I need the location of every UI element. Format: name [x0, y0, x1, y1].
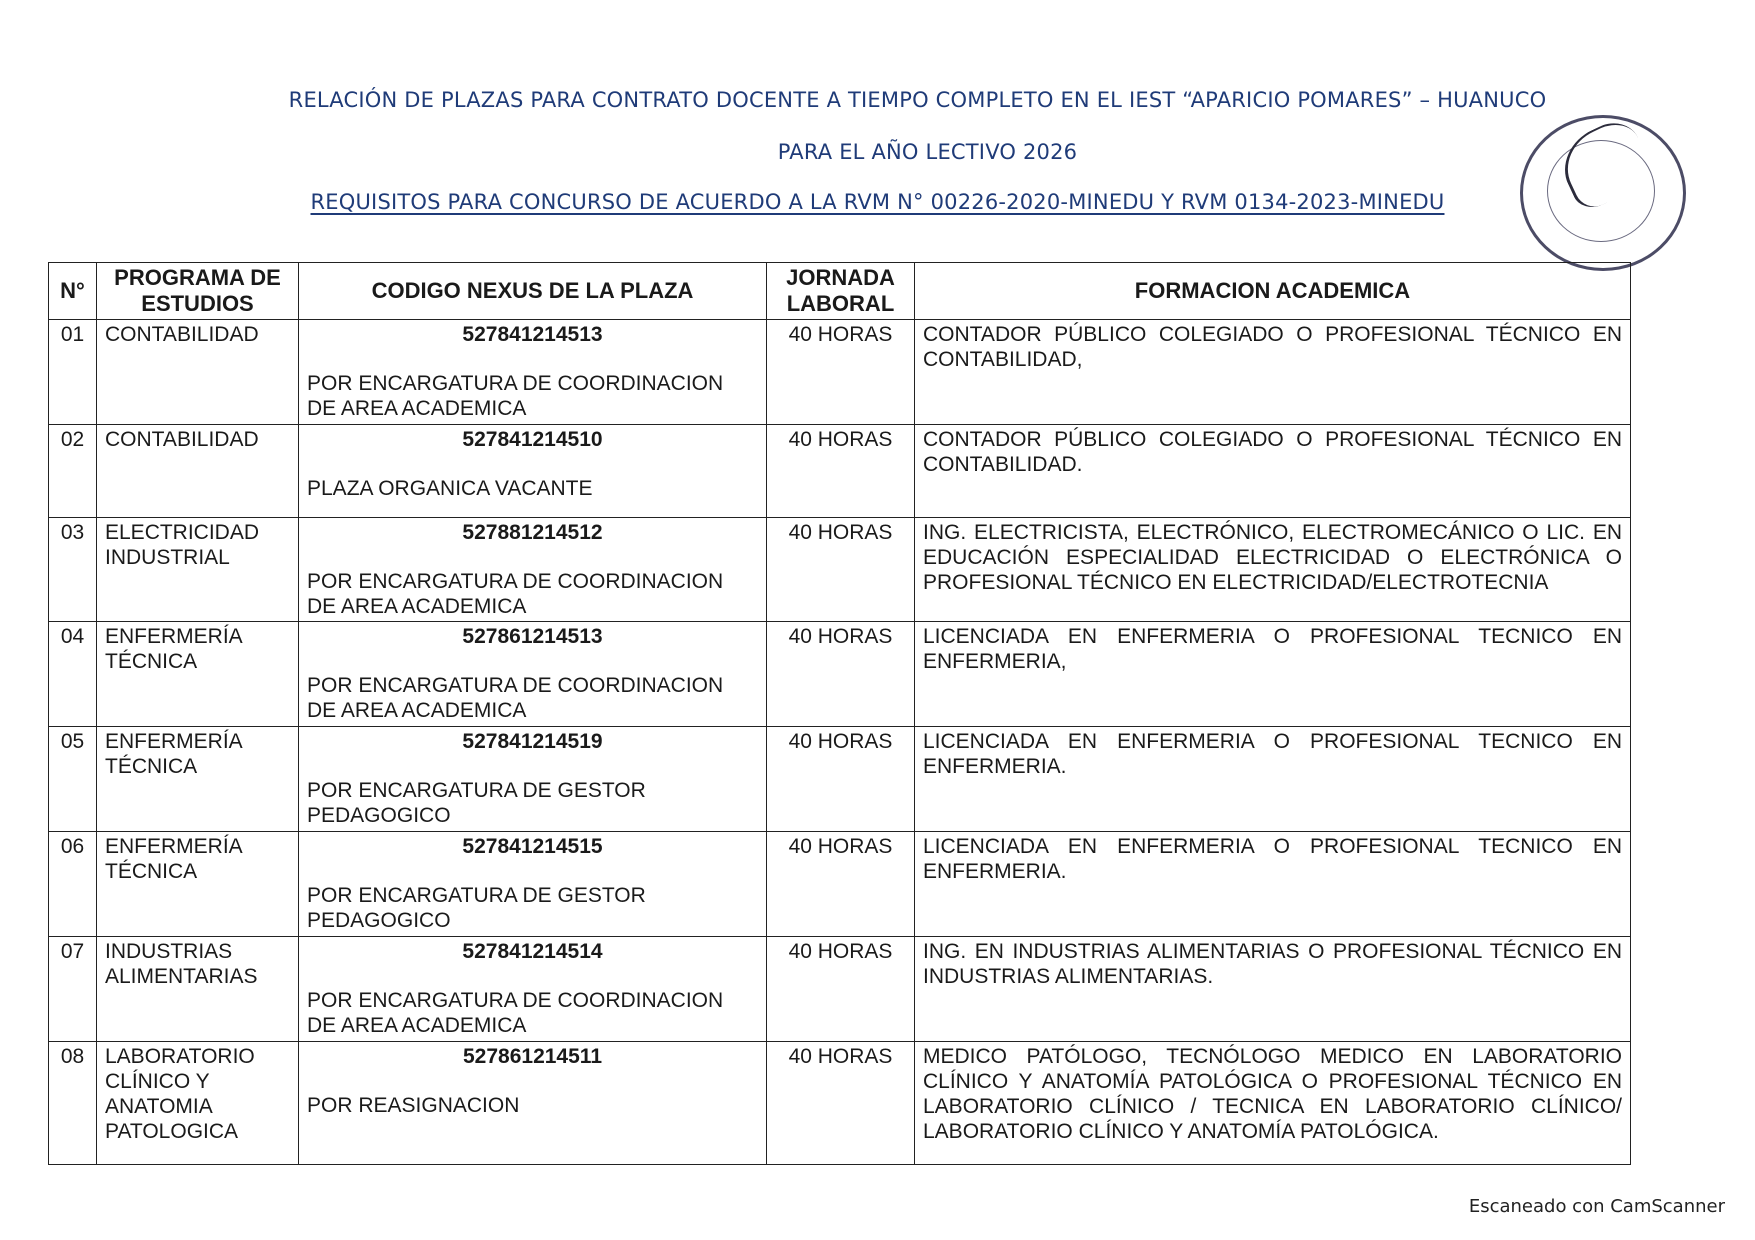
vacancy-reason: POR ENCARGATURA DE GESTOR PEDAGOGICO [307, 883, 758, 933]
row-number: 01 [49, 320, 97, 425]
nexus-code-cell: 527841214514POR ENCARGATURA DE COORDINAC… [299, 937, 767, 1042]
nexus-code: 527881214512 [307, 520, 758, 545]
nexus-code: 527861214513 [307, 624, 758, 649]
nexus-code-cell: 527841214513POR ENCARGATURA DE COORDINAC… [299, 320, 767, 425]
nexus-code: 527841214519 [307, 729, 758, 754]
vacancy-reason: POR REASIGNACION [307, 1093, 758, 1118]
nexus-code-cell: 527881214512POR ENCARGATURA DE COORDINAC… [299, 518, 767, 622]
academic-training: LICENCIADA EN ENFERMERIA O PROFESIONAL T… [915, 622, 1631, 727]
table-row: 03ELECTRICIDAD INDUSTRIAL527881214512POR… [49, 518, 1631, 622]
study-program: LABORATORIO CLÍNICO Y ANATOMIA PATOLOGIC… [97, 1042, 299, 1165]
row-number: 03 [49, 518, 97, 622]
requirements-text: REQUISITOS PARA CONCURSO DE ACUERDO A LA… [311, 190, 1445, 214]
row-number: 05 [49, 727, 97, 832]
vacancy-table: N° PROGRAMA DE ESTUDIOS CODIGO NEXUS DE … [48, 262, 1631, 1165]
work-hours: 40 HORAS [767, 518, 915, 622]
work-hours: 40 HORAS [767, 937, 915, 1042]
academic-training: ING. EN INDUSTRIAS ALIMENTARIAS O PROFES… [915, 937, 1631, 1042]
academic-training: LICENCIADA EN ENFERMERIA O PROFESIONAL T… [915, 832, 1631, 937]
academic-training: CONTADOR PÚBLICO COLEGIADO O PROFESIONAL… [915, 425, 1631, 518]
row-number: 02 [49, 425, 97, 518]
academic-training: LICENCIADA EN ENFERMERIA O PROFESIONAL T… [915, 727, 1631, 832]
work-hours: 40 HORAS [767, 727, 915, 832]
table-row: 04ENFERMERÍA TÉCNICA527861214513POR ENCA… [49, 622, 1631, 727]
vacancy-reason: PLAZA ORGANICA VACANTE [307, 476, 758, 501]
nexus-code-cell: 527861214513POR ENCARGATURA DE COORDINAC… [299, 622, 767, 727]
work-hours: 40 HORAS [767, 425, 915, 518]
table-row: 08LABORATORIO CLÍNICO Y ANATOMIA PATOLOG… [49, 1042, 1631, 1165]
row-number: 07 [49, 937, 97, 1042]
nexus-code-cell: 527841214519POR ENCARGATURA DE GESTOR PE… [299, 727, 767, 832]
vacancy-reason: POR ENCARGATURA DE COORDINACION DE AREA … [307, 988, 758, 1038]
work-hours: 40 HORAS [767, 320, 915, 425]
table-row: 01CONTABILIDAD527841214513POR ENCARGATUR… [49, 320, 1631, 425]
study-program: ENFERMERÍA TÉCNICA [97, 727, 299, 832]
study-program: CONTABILIDAD [97, 320, 299, 425]
nexus-code-cell: 527861214511POR REASIGNACION [299, 1042, 767, 1165]
official-seal-icon [1520, 115, 1686, 271]
table-row: 06ENFERMERÍA TÉCNICA527841214515POR ENCA… [49, 832, 1631, 937]
col-header-number: N° [49, 263, 97, 320]
nexus-code-cell: 527841214515POR ENCARGATURA DE GESTOR PE… [299, 832, 767, 937]
col-header-training: FORMACION ACADEMICA [915, 263, 1631, 320]
academic-training: MEDICO PATÓLOGO, TECNÓLOGO MEDICO EN LAB… [915, 1042, 1631, 1165]
nexus-code: 527841214513 [307, 322, 758, 347]
study-program: ELECTRICIDAD INDUSTRIAL [97, 518, 299, 622]
col-header-program: PROGRAMA DE ESTUDIOS [97, 263, 299, 320]
study-program: ENFERMERÍA TÉCNICA [97, 622, 299, 727]
nexus-code: 527841214515 [307, 834, 758, 859]
row-number: 06 [49, 832, 97, 937]
row-number: 08 [49, 1042, 97, 1165]
study-program: ENFERMERÍA TÉCNICA [97, 832, 299, 937]
table-row: 05ENFERMERÍA TÉCNICA527841214519POR ENCA… [49, 727, 1631, 832]
nexus-code: 527841214514 [307, 939, 758, 964]
camscanner-watermark: Escaneado con CamScanner [1469, 1196, 1725, 1217]
table-header-row: N° PROGRAMA DE ESTUDIOS CODIGO NEXUS DE … [49, 263, 1631, 320]
document-subtitle: PARA EL AÑO LECTIVO 2026 [50, 140, 1755, 164]
study-program: CONTABILIDAD [97, 425, 299, 518]
col-header-code: CODIGO NEXUS DE LA PLAZA [299, 263, 767, 320]
work-hours: 40 HORAS [767, 1042, 915, 1165]
nexus-code: 527861214511 [307, 1044, 758, 1069]
vacancy-reason: POR ENCARGATURA DE GESTOR PEDAGOGICO [307, 778, 758, 828]
vacancy-reason: POR ENCARGATURA DE COORDINACION DE AREA … [307, 371, 758, 421]
work-hours: 40 HORAS [767, 622, 915, 727]
row-number: 04 [49, 622, 97, 727]
table-row: 07INDUSTRIAS ALIMENTARIAS527841214514POR… [49, 937, 1631, 1042]
table-row: 02CONTABILIDAD527841214510PLAZA ORGANICA… [49, 425, 1631, 518]
work-hours: 40 HORAS [767, 832, 915, 937]
nexus-code-cell: 527841214510PLAZA ORGANICA VACANTE [299, 425, 767, 518]
requirements-heading: REQUISITOS PARA CONCURSO DE ACUERDO A LA… [0, 190, 1755, 214]
vacancy-reason: POR ENCARGATURA DE COORDINACION DE AREA … [307, 673, 758, 723]
academic-training: ING. ELECTRICISTA, ELECTRÓNICO, ELECTROM… [915, 518, 1631, 622]
document-title: RELACIÓN DE PLAZAS PARA CONTRATO DOCENTE… [40, 88, 1755, 112]
study-program: INDUSTRIAS ALIMENTARIAS [97, 937, 299, 1042]
academic-training: CONTADOR PÚBLICO COLEGIADO O PROFESIONAL… [915, 320, 1631, 425]
vacancy-reason: POR ENCARGATURA DE COORDINACION DE AREA … [307, 569, 758, 619]
nexus-code: 527841214510 [307, 427, 758, 452]
col-header-hours: JORNADA LABORAL [767, 263, 915, 320]
